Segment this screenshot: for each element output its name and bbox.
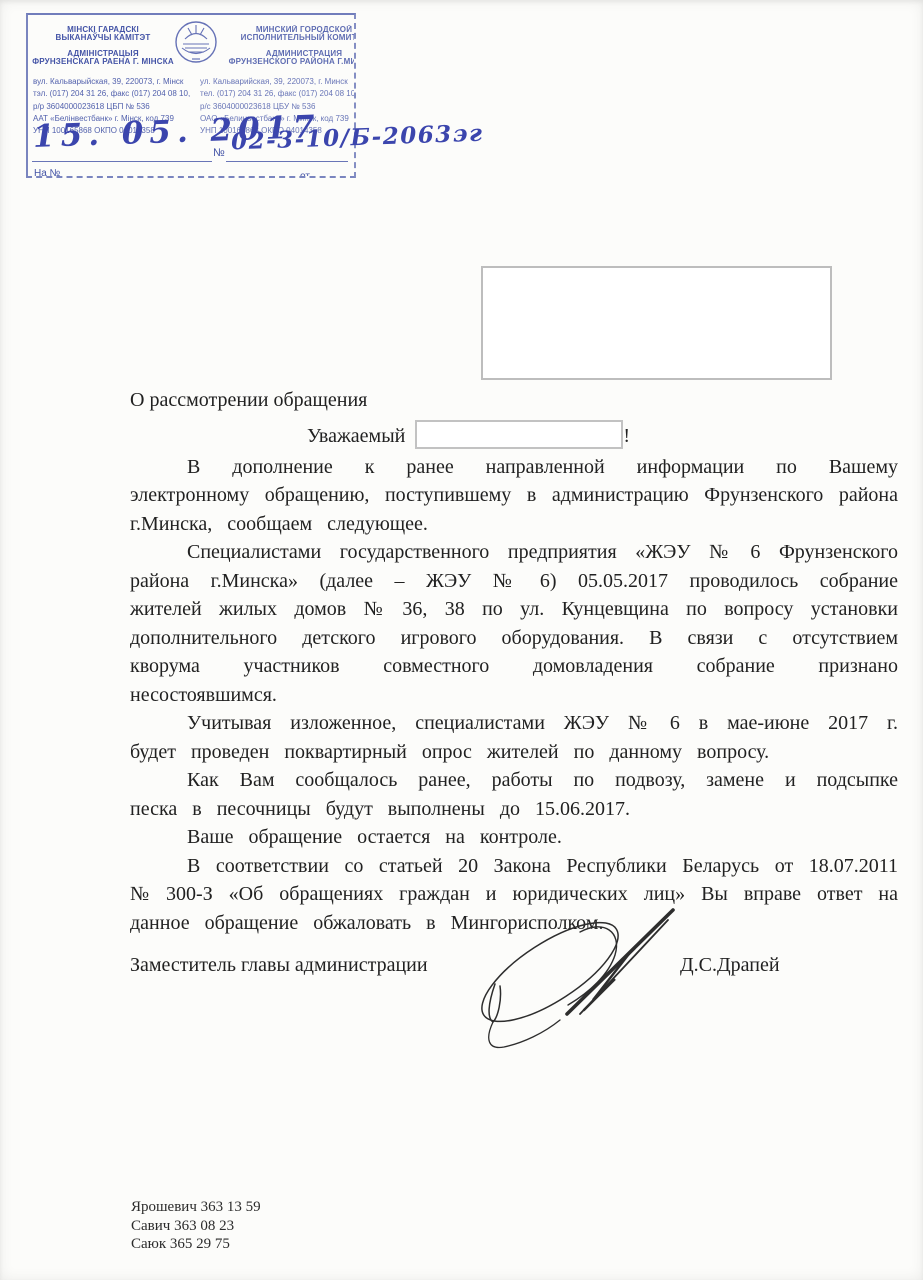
- letterhead-stamp: МІНСКІ ГАРАДСКІ ВЫКАНАЎЧЫ КАМІТЭТ АДМІНІ…: [26, 13, 356, 178]
- address-line: ул. Кальварийская, 39, 220073, г. Минск: [200, 76, 354, 88]
- address-line: вул. Кальварыйская, 39, 220073, г. Мінск: [33, 76, 201, 88]
- body-paragraph: Ваше обращение остается на контроле.: [130, 823, 898, 852]
- body-paragraph: В дополнение к ранее направленной информ…: [130, 453, 898, 539]
- org-line: ВЫКАНАЎЧЫ КАМІТЭТ: [32, 34, 174, 42]
- incoming-number-label: На №: [34, 168, 60, 176]
- letter-body: О рассмотрении обращения Уважаемый! В до…: [130, 386, 898, 980]
- body-paragraph: Как Вам сообщалось ранее, работы по подв…: [130, 766, 898, 823]
- letterhead-org-belarusian: МІНСКІ ГАРАДСКІ ВЫКАНАЎЧЫ КАМІТЭТ АДМІНІ…: [32, 26, 174, 65]
- salutation-suffix: !: [623, 425, 630, 447]
- org-line: ФРУНЗЕНСКАГА РАЕНА Г. МІНСКА: [32, 58, 174, 66]
- incoming-date-label: от: [300, 171, 310, 176]
- contact-line: Савич 363 08 23: [131, 1217, 261, 1236]
- address-line: тел. (017) 204 31 26, факс (017) 204 08 …: [200, 88, 354, 100]
- contact-phones: Ярошевич 363 13 59 Савич 363 08 23 Саюк …: [131, 1198, 261, 1254]
- contact-line: Саюк 365 29 75: [131, 1235, 261, 1254]
- belarus-emblem-icon: [173, 18, 219, 68]
- salutation-line: Уважаемый!: [307, 420, 898, 453]
- number-underline: [226, 161, 348, 162]
- signature-scribble: [462, 892, 678, 1058]
- date-underline: [32, 161, 212, 162]
- body-paragraph: Учитывая изложенное, специалистами ЖЭУ №…: [130, 709, 898, 766]
- address-line: р/р 3604000023618 ЦБП № 536: [33, 101, 201, 113]
- address-line: тэл. (017) 204 31 26, факс (017) 204 08 …: [33, 88, 201, 100]
- org-line: ИСПОЛНИТЕЛЬНЫЙ КОМИТЕТ: [224, 34, 354, 42]
- recipient-name-box: [415, 420, 623, 449]
- number-sign-label: №: [213, 147, 225, 159]
- subject-line: О рассмотрении обращения: [130, 386, 898, 415]
- letterhead-org-russian: МИНСКИЙ ГОРОДСКОЙ ИСПОЛНИТЕЛЬНЫЙ КОМИТЕТ…: [224, 26, 354, 65]
- body-paragraph: Специалистами государственного предприят…: [130, 538, 898, 709]
- signoff-title: Заместитель главы администрации: [130, 954, 428, 976]
- contact-line: Ярошевич 363 13 59: [131, 1198, 261, 1217]
- scanned-letter-page: МІНСКІ ГАРАДСКІ ВЫКАНАЎЧЫ КАМІТЭТ АДМІНІ…: [0, 0, 923, 1280]
- org-line: ФРУНЗЕНСКОГО РАЙОНА Г.МИНСКА: [224, 58, 354, 66]
- recipient-address-box: [481, 266, 832, 380]
- signoff-name: Д.С.Драпей: [680, 951, 780, 980]
- salutation-prefix: Уважаемый: [307, 425, 405, 447]
